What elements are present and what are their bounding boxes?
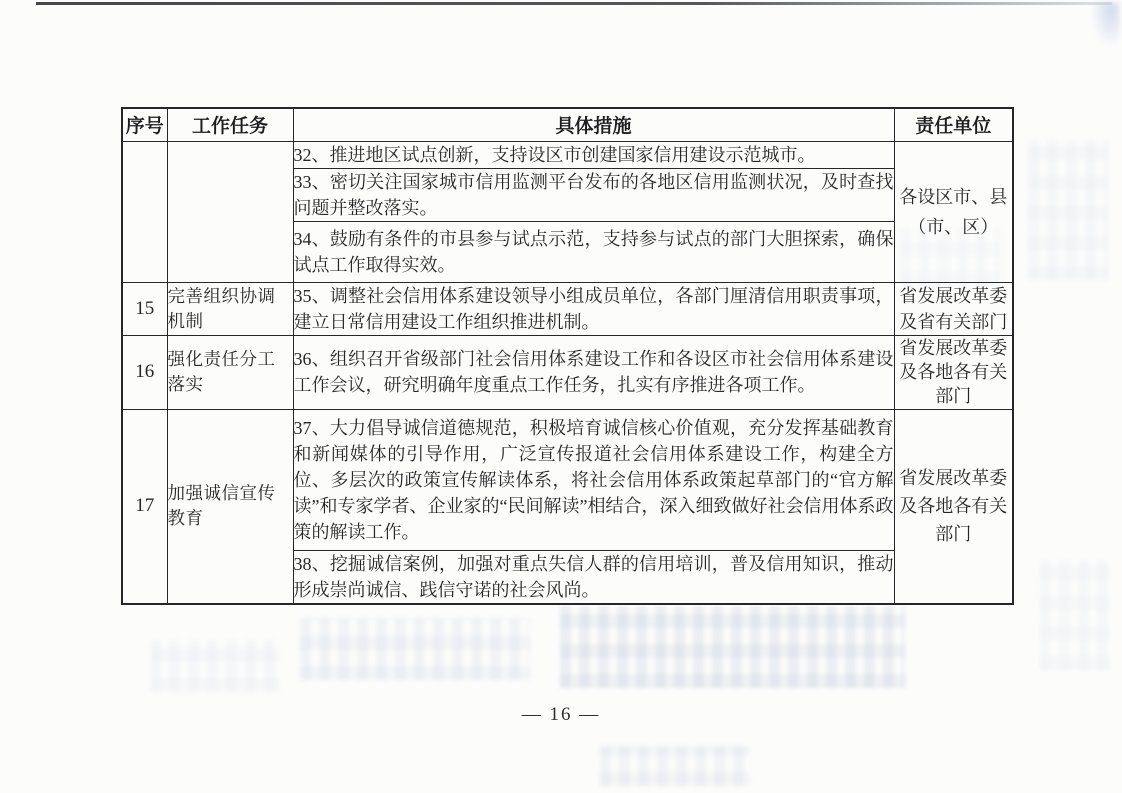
- task-cell-16: 强化责任分工落实: [167, 335, 293, 409]
- bleed-through-artifact: [1090, 2, 1120, 48]
- seq-cell-15: 15: [122, 282, 167, 335]
- column-header-unit: 责任单位: [894, 108, 1013, 141]
- table-header-row: 序号 工作任务 具体措施 责任单位: [122, 108, 1013, 141]
- scan-edge-line: [36, 2, 1112, 5]
- task-cell-15: 完善组织协调机制: [167, 282, 293, 335]
- table-row: 16 强化责任分工落实 36、组织召开省级部门社会信用体系建设工作和各设区市社会…: [122, 335, 1013, 409]
- seq-cell-16: 16: [122, 335, 167, 409]
- scanned-document-page: { "page": { "footer_page_number": "— 16 …: [0, 0, 1122, 793]
- bleed-through-artifact: [1040, 560, 1110, 670]
- column-header-seq: 序号: [122, 108, 167, 141]
- task-cell-17: 加强诚信宣传教育: [167, 409, 293, 604]
- task-cell-continued: [167, 141, 293, 282]
- unit-cell-15: 省发展改革委及省有关部门: [894, 282, 1013, 335]
- measure-37: 37、大力倡导诚信道德规范，积极培育诚信核心价值观，充分发挥基础教育和新闻媒体的…: [293, 409, 894, 550]
- column-header-measures: 具体措施: [293, 108, 894, 141]
- work-measures-table: 序号 工作任务 具体措施 责任单位 32、推进地区试点创新，支持设区市创建国家信…: [121, 107, 1014, 605]
- seq-cell-continued: [122, 141, 167, 282]
- measure-34: 34、鼓励有条件的市县参与试点示范，支持参与试点的部门大胆探索，确保试点工作取得…: [293, 221, 894, 282]
- bleed-through-artifact: [560, 606, 905, 688]
- measure-32: 32、推进地区试点创新，支持设区市创建国家信用建设示范城市。: [293, 141, 894, 168]
- column-header-task: 工作任务: [167, 108, 293, 141]
- bleed-through-artifact: [1028, 140, 1108, 280]
- bleed-through-artifact: [300, 618, 530, 680]
- measure-33: 33、密切关注国家城市信用监测平台发布的各地区信用监测状况，及时查找问题并整改落…: [293, 168, 894, 221]
- bleed-through-artifact: [600, 746, 750, 786]
- measure-38: 38、挖掘诚信案例，加强对重点失信人群的信用培训，普及信用知识，推动形成崇尚诚信…: [293, 550, 894, 604]
- unit-cell-cities: 各设区市、县（市、区）: [894, 141, 1013, 282]
- bleed-through-artifact: [150, 640, 280, 692]
- unit-cell-17: 省发展改革委及各地各有关部门: [894, 409, 1013, 604]
- measure-35: 35、调整社会信用体系建设领导小组成员单位，各部门厘清信用职责事项，建立日常信用…: [293, 282, 894, 335]
- page-number: — 16 —: [0, 704, 1122, 726]
- table-row: 32、推进地区试点创新，支持设区市创建国家信用建设示范城市。 各设区市、县（市、…: [122, 141, 1013, 168]
- table-row: 17 加强诚信宣传教育 37、大力倡导诚信道德规范，积极培育诚信核心价值观，充分…: [122, 409, 1013, 550]
- measure-36: 36、组织召开省级部门社会信用体系建设工作和各设区市社会信用体系建设工作会议，研…: [293, 335, 894, 409]
- table-row: 15 完善组织协调机制 35、调整社会信用体系建设领导小组成员单位，各部门厘清信…: [122, 282, 1013, 335]
- unit-cell-16: 省发展改革委及各地各有关部门: [894, 335, 1013, 409]
- seq-cell-17: 17: [122, 409, 167, 604]
